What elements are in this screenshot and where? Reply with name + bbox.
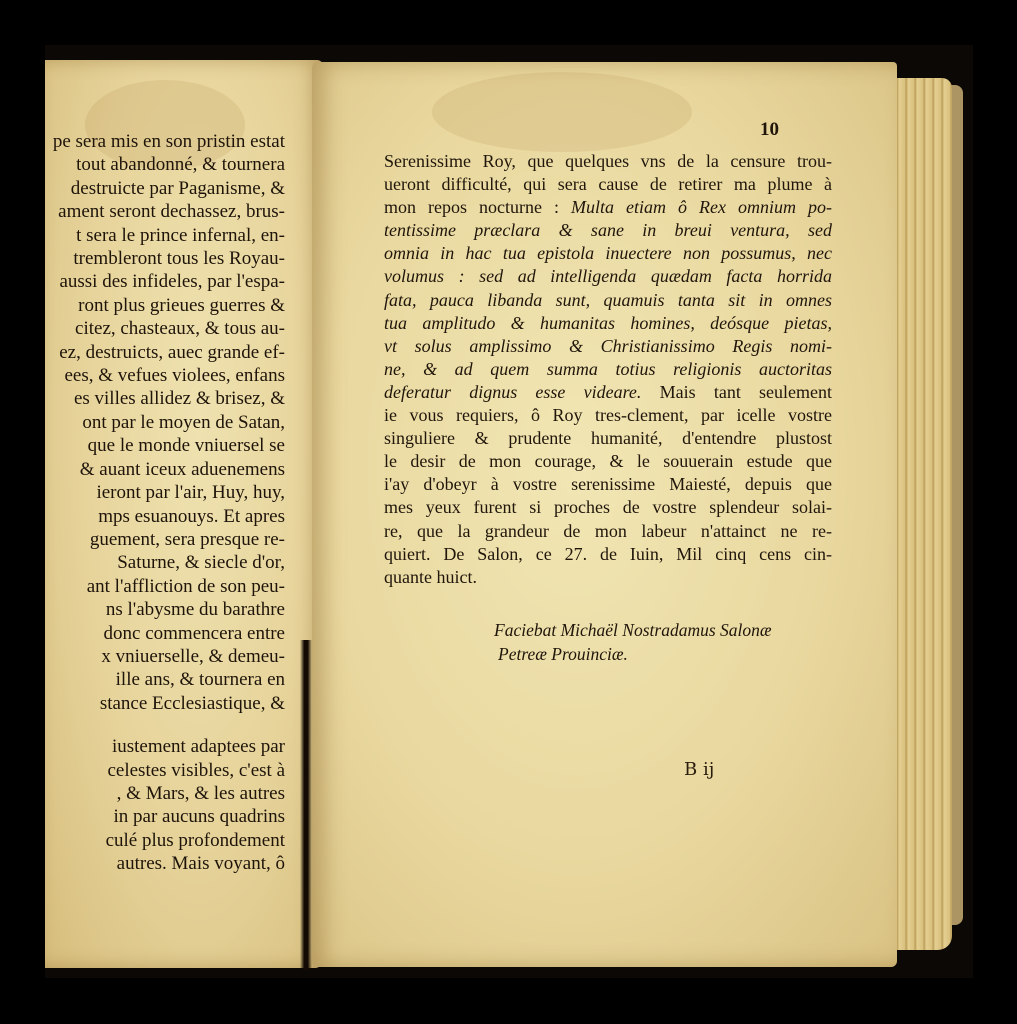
text-line: ns l'abysme du barathre [45, 598, 285, 621]
text-line: mon repos nocturne : Multa etiam ô Rex o… [384, 196, 832, 219]
right-page: 10 Serenissime Roy, que quelques vns de … [312, 62, 897, 967]
text-line: guement, sera presque re- [45, 528, 285, 551]
text-line: le desir de mon courage, & le souuerain … [384, 450, 832, 473]
text-line: ueront difficulté, qui sera cause de ret… [384, 173, 832, 196]
text-line: ront plus grieues guerres & [45, 294, 285, 317]
text-line: & auant iceux aduenemens [45, 458, 285, 481]
latin-italic-text: deferatur dignus esse videare. [384, 382, 641, 402]
latin-italic-text: Multa etiam ô Rex omnium po- [571, 197, 832, 217]
text-line: quante huict. [384, 566, 832, 589]
text-line: mps esuanouys. Et apres [45, 505, 285, 528]
text-line: x vniuerselle, & demeu- [45, 645, 285, 668]
latin-italic-line: tua amplitudo & humanitas homines, deósq… [384, 312, 832, 335]
text-line: ie vous requiers, ô Roy tres-clement, pa… [384, 404, 832, 427]
text-line: citez, chasteaux, & tous au- [45, 317, 285, 340]
text-line: ees, & vefues violees, enfans [45, 364, 285, 387]
text-line: celestes visibles, c'est à [45, 759, 285, 782]
text-line: t sera le prince infernal, en- [45, 224, 285, 247]
right-page-text: Serenissime Roy, que quelques vns de la … [384, 150, 832, 589]
text-line: ieront par l'air, Huy, huy, [45, 481, 285, 504]
text-line: que le monde vniuersel se [45, 434, 285, 457]
text-line: singuliere & prudente humanité, d'entend… [384, 427, 832, 450]
left-page: pe sera mis en son pristin estat tout ab… [45, 60, 323, 968]
paper-stain [432, 72, 692, 152]
paragraph-gap [45, 715, 285, 735]
text-line: aussi des infideles, par l'espa- [45, 270, 285, 293]
latin-italic-line: fata, pauca libanda sunt, quamuis tanta … [384, 289, 832, 312]
roman-text: mon repos nocturne : [384, 197, 571, 217]
text-line: trembleront tous les Royau- [45, 247, 285, 270]
book-gutter-tear [300, 640, 312, 970]
signature-line: Petreæ Prouinciæ. [494, 642, 772, 666]
text-line: donc commencera entre [45, 622, 285, 645]
text-line: quiert. De Salon, ce 27. de Iuin, Mil ci… [384, 543, 832, 566]
text-line: ont par le moyen de Satan, [45, 411, 285, 434]
printer-signature-mark: B ij [684, 759, 714, 780]
text-line: ille ans, & tournera en [45, 668, 285, 691]
text-line: pe sera mis en son pristin estat [45, 130, 285, 153]
latin-italic-line: omnia in hac tua epistola inuectere non … [384, 242, 832, 265]
text-line: stance Ecclesiastique, & [45, 692, 285, 715]
text-line: in par aucuns quadrins [45, 805, 285, 828]
text-line: ament seront dechassez, brus- [45, 200, 285, 223]
latin-italic-line: volumus : sed ad intelligenda quædam fac… [384, 265, 832, 288]
text-line: re, que la grandeur de mon labeur n'atta… [384, 520, 832, 543]
text-line: destruicte par Paganisme, & [45, 177, 285, 200]
left-page-text: pe sera mis en son pristin estat tout ab… [45, 130, 323, 876]
text-line: mes yeux furent si proches de vostre spl… [384, 496, 832, 519]
roman-text: Mais tant seulement [641, 382, 832, 402]
text-line: iustement adaptees par [45, 735, 285, 758]
text-line: Serenissime Roy, que quelques vns de la … [384, 150, 832, 173]
text-line: culé plus profondement [45, 829, 285, 852]
text-line: ant l'affliction de son peu- [45, 575, 285, 598]
text-line: autres. Mais voyant, ô [45, 852, 285, 875]
signature-block: Faciebat Michaël Nostradamus Salonæ Petr… [494, 618, 772, 666]
page-stack-edges [890, 78, 952, 950]
latin-italic-line: tentissime præclara & sane in breui vent… [384, 219, 832, 242]
signature-line: Faciebat Michaël Nostradamus Salonæ [494, 618, 772, 642]
text-line: tout abandonné, & tournera [45, 153, 285, 176]
text-line: es villes allidez & brisez, & [45, 387, 285, 410]
text-line: deferatur dignus esse videare. Mais tant… [384, 381, 832, 404]
text-line: Saturne, & siecle d'or, [45, 551, 285, 574]
page-number: 10 [760, 119, 779, 141]
text-line: i'ay d'obeyr à vostre serenissime Maiest… [384, 473, 832, 496]
text-line: , & Mars, & les autres [45, 782, 285, 805]
latin-italic-line: ne, & ad quem summa totius religionis au… [384, 358, 832, 381]
latin-italic-line: vt solus amplissimo & Christianissimo Re… [384, 335, 832, 358]
text-line: ez, destruicts, auec grande ef- [45, 341, 285, 364]
